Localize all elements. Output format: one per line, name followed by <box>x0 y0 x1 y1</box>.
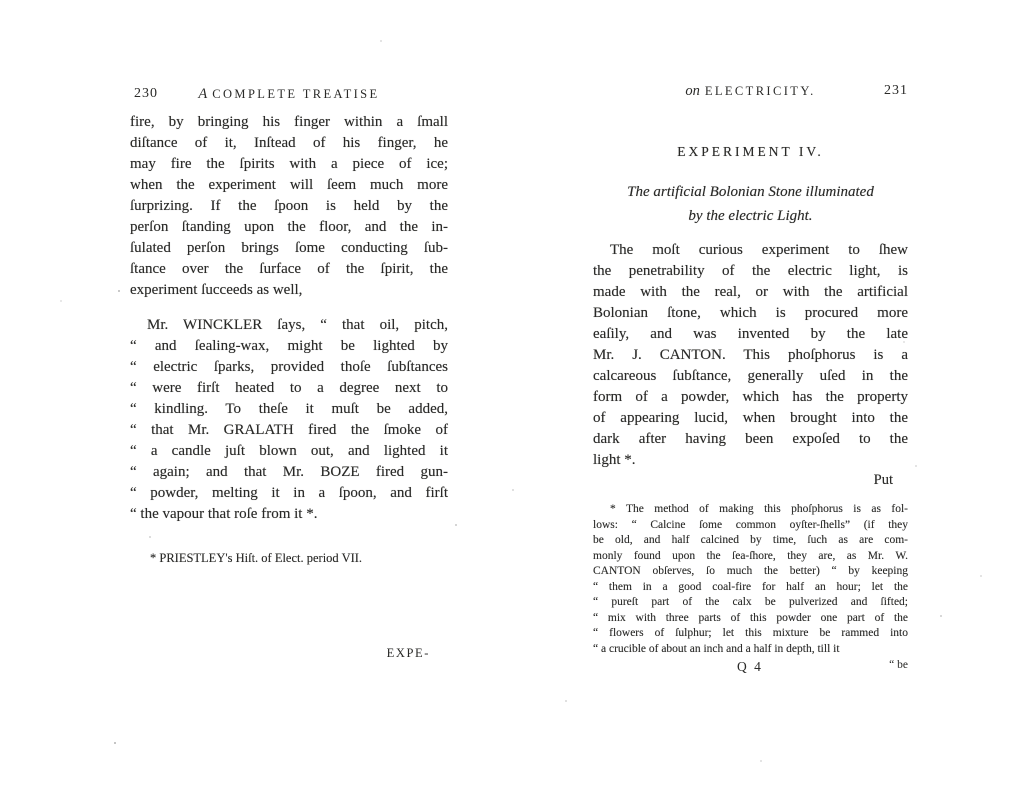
text-line: “ and ſealing-wax, might be lighted by <box>130 336 448 357</box>
scan-speckles <box>118 290 120 292</box>
experiment-heading: EXPERIMENT IV. <box>593 144 908 160</box>
text-line: calcareous ſubſtance, generally uſed in … <box>593 366 908 387</box>
text-line: form of a powder, which has the property <box>593 387 908 408</box>
right-page: onELECTRICITY. 231 EXPERIMENT IV. The ar… <box>593 82 908 677</box>
text-line: diſtance of it, Inſtead of his finger, h… <box>130 133 448 154</box>
left-catchword: EXPE- <box>130 646 448 661</box>
text-line: ſtance over the ſurface of the ſpirit, t… <box>130 259 448 280</box>
text-line: “ mix with three parts of this powder on… <box>593 611 908 627</box>
text-line: “ electric ſparks, provided thoſe ſubſta… <box>130 357 448 378</box>
text-line: “ a crucible of about an inch and a half… <box>593 642 908 658</box>
text-line: “ kindling. To theſe it muſt be added, <box>130 399 448 420</box>
text-line: eaſily, and was invented by the late <box>593 324 908 345</box>
right-running-head: onELECTRICITY. 231 <box>593 82 908 102</box>
text-line: may fire the ſpirits with a piece of ice… <box>130 154 448 175</box>
experiment-subtitle: The artificial Bolonian Stone illuminate… <box>593 180 908 228</box>
running-title-preposition: on <box>685 83 700 99</box>
text-line: “ again; and that Mr. BOZE fired gun- <box>130 462 448 483</box>
text-line: when the experiment will ſeem much more <box>130 175 448 196</box>
right-catchword-mid: Put <box>593 472 908 489</box>
text-line: CANTON obſerves, ſo much the better) “ b… <box>593 564 908 580</box>
left-paragraph-1: fire, by bringing his finger within a ſm… <box>130 112 448 301</box>
text-line: experiment ſucceeds as well, <box>130 280 448 301</box>
text-line: Mr. WINCKLER ſays, “ that oil, pitch, <box>130 315 448 336</box>
text-line: Bolonian ſtone, which is procured more <box>593 303 908 324</box>
right-page-number: 231 <box>884 83 908 99</box>
text-line: be old, and half calcined by time, ſuch … <box>593 533 908 549</box>
text-line: “ them in a good coal-fire for half an h… <box>593 580 908 596</box>
running-title-caps: ELECTRICITY. <box>705 84 816 98</box>
left-running-title: ACOMPLETE TREATISE <box>198 85 379 102</box>
text-line: “ a candle juſt blown out, and lighted i… <box>130 441 448 462</box>
text-line: * The method of making this phoſphorus i… <box>593 502 908 518</box>
running-title-caps: COMPLETE TREATISE <box>212 87 379 101</box>
text-line: The moſt curious experiment to ſhew <box>593 240 908 261</box>
text-line: Mr. J. CANTON. This phoſphorus is a <box>593 345 908 366</box>
text-line: of appearing lucid, when brought into th… <box>593 408 908 429</box>
text-line: “ that Mr. GRALATH fired the ſmoke of <box>130 420 448 441</box>
left-footnote: * PRIESTLEY's Hiſt. of Elect. period VII… <box>130 551 448 566</box>
text-line: “ powder, melting it in a ſpoon, and fir… <box>130 483 448 504</box>
text-line: ſulated perſon brings ſome conducting ſu… <box>130 238 448 259</box>
text-line: ſurprizing. If the ſpoon is held by the <box>130 196 448 217</box>
text-line: dark after having been expoſed to the <box>593 429 908 450</box>
text-line: “ pureſt part of the calx be pulverized … <box>593 595 908 611</box>
running-title-article: A <box>198 86 207 102</box>
text-line: “ were firſt heated to a degree next to <box>130 378 448 399</box>
left-running-head: 230 ACOMPLETE TREATISE <box>130 85 448 105</box>
text-line: made with the real, or with the artifici… <box>593 282 908 303</box>
text-line: fire, by bringing his finger within a ſm… <box>130 112 448 133</box>
left-page-number: 230 <box>134 86 158 102</box>
text-line: monly found upon the ſea-ſhore, they are… <box>593 549 908 565</box>
text-line: perſon ſtanding upon the floor, and the … <box>130 217 448 238</box>
text-line: The artificial Bolonian Stone illuminate… <box>593 180 908 204</box>
text-line: lows: “ Calcine ſome common oyſter-ſhell… <box>593 518 908 534</box>
signature-mark: Q 4 <box>737 659 763 675</box>
right-footnote: * The method of making this phoſphorus i… <box>593 502 908 657</box>
right-running-title: onELECTRICITY. <box>685 82 815 99</box>
text-line: light *. <box>593 450 908 471</box>
right-page-footer: Q 4 “ be <box>593 659 908 677</box>
text-line: “ the vapour that roſe from it *. <box>130 504 448 525</box>
text-line: the penetrability of the electric light,… <box>593 261 908 282</box>
right-paragraph-1: The moſt curious experiment to ſhewthe p… <box>593 240 908 471</box>
left-page: 230 ACOMPLETE TREATISE fire, by bringing… <box>130 85 448 661</box>
left-paragraph-2: Mr. WINCKLER ſays, “ that oil, pitch,“ a… <box>130 315 448 525</box>
text-line: “ flowers of ſulphur; let this mixture b… <box>593 626 908 642</box>
text-line: by the electric Light. <box>593 204 908 228</box>
right-catchword-bottom: “ be <box>889 659 908 671</box>
